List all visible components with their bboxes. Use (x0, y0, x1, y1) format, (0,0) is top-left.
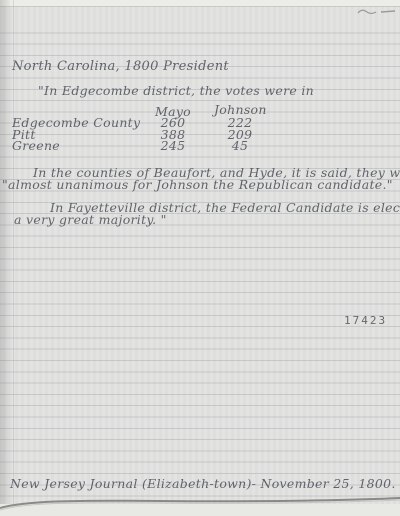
page-left-edge (0, 0, 10, 516)
table-cell-johnson: 45 (214, 138, 266, 153)
paragraph-1-line-2: "almost unanimous for Johnson the Republ… (2, 177, 393, 192)
table-row-county: Greene (12, 138, 60, 153)
table-cell-mayo: 245 (150, 138, 196, 153)
manuscript-page: North Carolina, 1800 President "In Edgec… (0, 0, 400, 516)
paragraph-2-line-2: a very great majority. " (14, 212, 167, 227)
page-top-edge (0, 0, 400, 7)
underlying-sheet (0, 504, 400, 516)
margin-line (13, 0, 14, 516)
catalog-number-stamp: 17423 (344, 314, 387, 327)
note-intro: "In Edgecombe district, the votes were i… (38, 83, 314, 98)
note-title: North Carolina, 1800 President (12, 59, 229, 74)
source-citation: New Jersey Journal (Elizabeth-town)- Nov… (10, 476, 396, 491)
